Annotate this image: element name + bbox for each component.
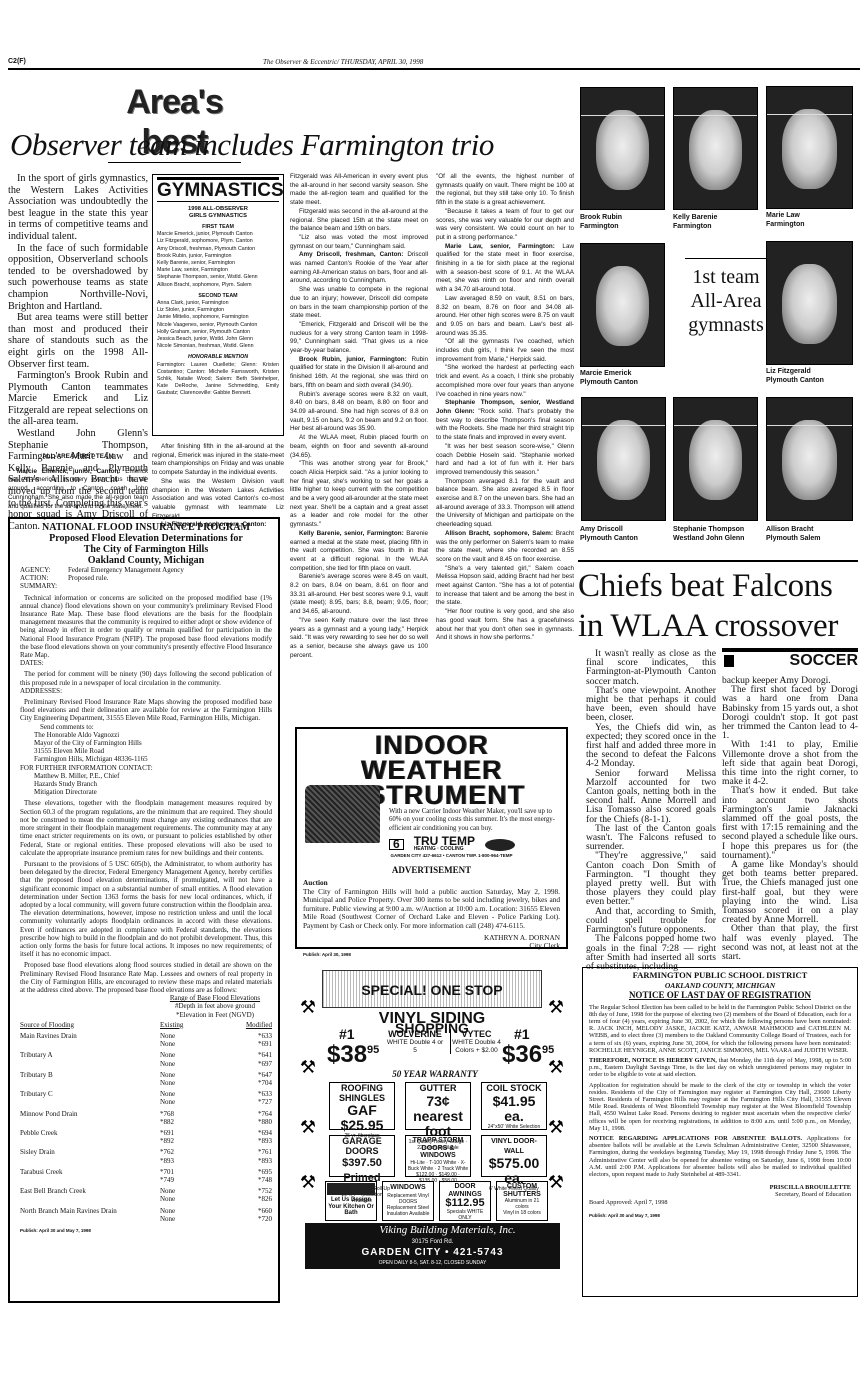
paragraph: "She's a very talented girl," Salem coac… <box>436 565 574 609</box>
paragraph: She was the Western Division vault champ… <box>152 478 284 522</box>
paragraph: NOTICE REGARDING APPLICATIONS FOR ABSENT… <box>589 1135 851 1178</box>
soccer-column-1: It wasn't really as close as the final s… <box>586 649 716 971</box>
paragraph: These elevations, together with the floo… <box>20 799 272 856</box>
page-number: C2(F) <box>8 58 26 65</box>
roster-item: Nicole Simonian, freshman, Wstld. Glenn <box>157 343 279 350</box>
table-row: East Bell Branch CreekNoneNone*752*826 <box>20 1184 272 1203</box>
first-team-callout: 1st teamAll-Areagymnasts <box>685 258 767 337</box>
paragraph: "Of all the events, the highest number o… <box>436 173 574 208</box>
send-to-address: The Honorable Aldo VagnozziMayor of the … <box>20 731 272 764</box>
paragraph: Brook Rubin, junior, Farmington: Rubin q… <box>290 356 428 391</box>
photo-kelly-barenie <box>673 87 758 210</box>
table-row: Tributary CNoneNone*633*727 <box>20 1087 272 1106</box>
player-lead: Marcie Emerick, junior, Canton: <box>17 468 120 475</box>
story-column-1-tail: ALL-AREA FIRST TEAM Marcie Emerick, juni… <box>8 453 148 511</box>
table-header-notes: Range of Base Flood Elevations #Depth in… <box>160 994 270 1019</box>
paragraph: Yes, the Chiefs did win, as expected; th… <box>586 723 716 769</box>
paragraph: In the face of such formidable oppositio… <box>8 243 148 313</box>
paragraph: "Of all the gymnasts I've coached, which… <box>436 338 574 364</box>
photo-allison-bracht <box>766 397 853 521</box>
soccer-column-2: backup keeper Amy Dorogi. The first shot… <box>722 676 858 961</box>
roster-item: Anna Clark, junior, Farmington <box>157 300 279 307</box>
company-name: Viking Building Materials, Inc. <box>305 1223 560 1238</box>
table-row: Tarabusi Creek*701*749*695*748 <box>20 1165 272 1184</box>
paragraph: "I've seen Kelly mature over the last th… <box>290 617 428 661</box>
photo-liz-fitzgerald <box>766 241 853 365</box>
addresses-label: ADDRESSES: <box>20 687 272 695</box>
photo-caption: Kelly BarenieFarmington <box>673 214 763 231</box>
summary-label: SUMMARY: <box>20 582 272 590</box>
dates-text: The period for comment will be ninety (9… <box>20 670 272 686</box>
roster-item: Allison Bracht, sophomore, Plym. Salem <box>157 282 279 289</box>
page-folio: C2(F) The Observer & Eccentric/ THURSDAY… <box>8 58 860 70</box>
table-row: Minnow Pond Drain*768*882*764*880 <box>20 1107 272 1126</box>
paragraph: Kelly Barenie, senior, Farmington: Baren… <box>290 530 428 574</box>
roster-item: Brook Rubin, junior, Farmington <box>157 253 279 260</box>
paragraph: Barenie's average scores were 8.45 on va… <box>290 573 428 617</box>
photo-brook-rubin <box>580 87 665 210</box>
product-tile: DOOR AWNINGS$112.95Specials WHITE ONLY <box>439 1181 491 1221</box>
send-comments-label: Send comments to: <box>20 723 272 731</box>
paragraph: "It was her best season score-wise," Gle… <box>436 443 574 478</box>
paragraph: Allison Bracht, sophomore, Salem: Bracht… <box>436 530 574 565</box>
second-team-list: Anna Clark, junior, Farmington Liz Stole… <box>157 300 279 350</box>
paragraph: Amy Driscoll, freshman, Canton: Driscoll… <box>290 251 428 286</box>
product-tile: GARAGE DOORS$397.50 PrimedEmbossed Panel… <box>329 1135 395 1177</box>
hammer-icon: ⚒ <box>299 1045 317 1090</box>
dates-label: DATES: <box>20 659 272 667</box>
paragraph: Law averaged 8.59 on vault, 8.51 on bars… <box>436 295 574 339</box>
honorable-mention-label: HONORABLE MENTION <box>157 354 279 361</box>
gymnastics-roster-box: GYMNASTICS 1998 ALL-OBSERVERGIRLS GYMNAS… <box>152 174 284 436</box>
roster-item: Nicole Vaagenes, senior, Plymouth Canton <box>157 322 279 329</box>
air-conditioner-image <box>305 785 380 843</box>
product-tile: GUTTER73¢ nearest foot1st Quality Heavy … <box>405 1082 471 1130</box>
story-column-3: Fitzgerald was All-American in every eve… <box>290 173 428 660</box>
board-approved: Board Approved: April 7, 1998 <box>589 1199 851 1206</box>
school-election-notice: FARMINGTON PUBLIC SCHOOL DISTRICT OAKLAN… <box>582 967 858 1297</box>
publish-date: Publish: April 30, 1998 <box>303 951 560 960</box>
paragraph: A game like Monday's should get both tea… <box>722 860 858 924</box>
ad-copy: With a new Carrier Indoor Weather Maker,… <box>389 808 560 833</box>
roster-item: Marie Law, senior, Farmington <box>157 267 279 274</box>
hammer-icon: ⚒ <box>299 1160 317 1205</box>
contact-label: FOR FURTHER INFORMATION CONTACT: <box>20 764 272 772</box>
notice-title: FARMINGTON PUBLIC SCHOOL DISTRICT <box>589 971 851 981</box>
main-headline: Observer team includes Farmington trio <box>10 128 570 162</box>
badge-six: 6 <box>389 839 404 850</box>
paragraph: Pursuant to the provisions of 5 USC 605(… <box>20 860 272 958</box>
photo-caption: Stephanie ThompsonWestland John Glenn <box>673 526 768 543</box>
photo-caption: Marie LawFarmington <box>766 212 856 229</box>
hammer-icon: ⚒ <box>547 985 565 1030</box>
agency-row: AGENCY:Federal Emergency Management Agen… <box>20 566 272 574</box>
paragraph: Senior forward Melissa Marzolf accounted… <box>586 769 716 824</box>
viking-advertisement: ⚒ ⚒ ⚒ ⚒ ⚒ ⚒ ⚒ ⚒ SPECIAL! ONE STOP SHOPPI… <box>295 965 567 1271</box>
paragraph: The last of the Canton goals wasn't. The… <box>586 824 716 852</box>
second-team-label: SECOND TEAM <box>157 293 279 300</box>
photo-caption: Allison BrachtPlymouth Salem <box>766 526 856 543</box>
masthead-dateline: The Observer & Eccentric/ THURSDAY, APRI… <box>263 58 423 66</box>
vytec-desc: VYTECWHITE Double 4 Colors + $2.00 <box>450 1029 502 1054</box>
paragraph: Marie Law, senior, Farmington: Law quali… <box>436 243 574 295</box>
paragraph: "Her floor routine is very good, and she… <box>436 608 574 643</box>
paragraph: At the WLAA meet, Rubin placed fourth on… <box>290 434 428 460</box>
table-row: Pebble Creek*691*892*694*893 <box>20 1126 272 1145</box>
notice-title: NATIONAL FLOOD INSURANCE PROGRAM Propose… <box>20 522 272 566</box>
roster-item: Jamie Mittelio, sophomore, Farmington <box>157 314 279 321</box>
left-price: #1$3895 <box>327 1027 379 1069</box>
company-phone: GARDEN CITY • 421-5743 <box>305 1246 560 1260</box>
soccer-section-flag: SOCCER <box>722 648 858 670</box>
story-column-4: "Of all the events, the highest number o… <box>436 173 574 643</box>
warranty-label: 50 YEAR WARRANTY <box>370 1069 500 1079</box>
paragraph: Farmington's Brook Rubin and Plymouth Ca… <box>8 370 148 428</box>
paragraph: She was unable to compete in the regiona… <box>290 286 428 321</box>
notice-heading: NOTICE OF LAST DAY OF REGISTRATION <box>589 990 851 1001</box>
photo-caption: Marcie EmerickPlymouth Canton <box>580 370 670 387</box>
summary-text: Technical information or concerns are so… <box>20 594 272 660</box>
publish-date: Publish: April 30 and May 7, 1998 <box>589 1212 851 1219</box>
photo-caption: Amy DriscollPlymouth Canton <box>580 526 670 543</box>
one-stop-banner: SPECIAL! ONE STOP SHOPPING <box>322 970 542 1008</box>
photo-stephanie-thompson <box>673 397 758 521</box>
table-row: Sisley Drain*762*893*761*893 <box>20 1145 272 1164</box>
photo-caption: Liz FitzgeraldPlymouth Canton <box>766 368 856 385</box>
table-row: Tributary ANoneNone*641*697 <box>20 1048 272 1067</box>
paragraph: But area teams were still better than mo… <box>8 312 148 370</box>
paragraph: That's one viewpoint. Another might be t… <box>586 686 716 723</box>
wolverine-desc: WOLVERINEWHITE Double 4 or 5 <box>385 1029 445 1054</box>
first-team-label: FIRST TEAM <box>157 224 279 231</box>
addresses-text: Preliminary Revised Flood Insurance Rate… <box>20 698 272 723</box>
paragraph: After finishing fifth in the all-around … <box>152 443 284 478</box>
viking-footer: Viking Building Materials, Inc. 30175 Fo… <box>305 1223 560 1269</box>
soccer-headline: Chiefs beat Falcons in WLAA crossover <box>578 560 858 646</box>
product-tile: ROOFING SHINGLESGAF $25.9525 yr. fibergl… <box>329 1082 395 1130</box>
ad-phone-numbers: GARDEN CITY 427-6612 • CANTON TWP. 1-800… <box>343 852 560 861</box>
roster-item: Stephanie Thompson, senior, Wstld. Glenn <box>157 274 279 281</box>
product-tile: COIL STOCK$41.95 ea.24"x50' White Select… <box>481 1082 547 1130</box>
paragraph: "Emerick, Fitzgerald and Driscoll will b… <box>290 321 428 356</box>
publish-date: Publish: April 30 and May 7, 1998 <box>20 1227 272 1235</box>
section-label: ADVERTISEMENT <box>303 866 560 875</box>
paragraph: And that, according to Smith, could spel… <box>586 907 716 935</box>
advertisement-box: INDOOR WEATHER INSTRUMENT With a new Car… <box>295 727 568 949</box>
roster-item: Marcie Emerick, junior, Plymouth Canton <box>157 231 279 238</box>
paragraph: "Because it takes a team of four to get … <box>436 208 574 243</box>
flag-block-icon <box>724 655 734 667</box>
roster-item: Kelly Barenie, senior, Farmington <box>157 260 279 267</box>
table-row: North Branch Main Ravines DrainNoneNone*… <box>20 1204 272 1223</box>
box-title: GYMNASTICS <box>157 181 279 202</box>
paragraph: Stephanie Thompson, senior, Westland Joh… <box>436 399 574 443</box>
paragraph: With 1:41 to play, Emilie Villemonte dro… <box>722 740 858 786</box>
product-tile: WINDOWSReplacement Vinyl DOORS Replaceme… <box>382 1181 434 1221</box>
tru-temp-logo: TRU TEMPHEATING · COOLING <box>414 837 475 852</box>
roster-item: Liz Stoler, junior, Farmington <box>157 307 279 314</box>
notice-county: OAKLAND COUNTY, MICHIGAN <box>589 981 851 990</box>
paragraph: "They're aggressive," said Canton coach … <box>586 851 716 906</box>
paragraph: The first shot faced by Dorogi was a har… <box>722 685 858 740</box>
table-row: Main Ravines DrainNoneNone*633*691 <box>20 1029 272 1048</box>
paragraph: Thompson averaged 8.1 for the vault and … <box>436 478 574 530</box>
secretary-signature: PRISCILLA BROUILLETTE Secretary, Board o… <box>589 1184 851 1198</box>
hammer-icon: ⚒ <box>299 985 317 1030</box>
paragraph: Application for registration should be m… <box>589 1082 851 1132</box>
hammer-icon: ⚒ <box>547 1160 565 1205</box>
box-subtitle: 1998 ALL-OBSERVERGIRLS GYMNASTICS <box>157 206 279 220</box>
paragraph: Fitzgerald was All-American in every eve… <box>290 173 428 208</box>
product-tile: TRAPP STORM DOORS & WINDOWSHi-Lite · T-1… <box>405 1135 471 1177</box>
paragraph: "She worked the hardest at perfecting ea… <box>436 364 574 399</box>
paragraph: Fitzgerald was second in the all-around … <box>290 208 428 234</box>
product-tile: CUSTOM SHUTTERSAluminum in 21 colorsViny… <box>496 1181 548 1221</box>
table-header-row: Source of Flooding Existing Modified <box>20 1021 272 1029</box>
flood-elevation-table: Source of Flooding Existing Modified Mai… <box>20 1021 272 1223</box>
vinyl-siding-headline: VINYL SIDING <box>322 1010 542 1028</box>
contact-info: Matthew B. Miller, P.E., ChiefHazards St… <box>20 772 272 797</box>
product-tile: Let Us Design Your Kitchen Or Bath <box>325 1181 377 1221</box>
honorable-mention-list: Farmington: Lauren Ouellette; Glenn: Kri… <box>157 362 279 398</box>
roster-item: Holly Graham, senior, Plymouth Canton <box>157 329 279 336</box>
paragraph: "This was another strong year for Brook,… <box>290 460 428 530</box>
hammer-icon: ⚒ <box>299 1105 317 1150</box>
paragraph: THEREFORE, NOTICE IS HEREBY GIVEN, that … <box>589 1057 851 1079</box>
roster-item: Amy Driscoll, freshman, Plymouth Canton <box>157 246 279 253</box>
carrier-logo-icon <box>485 839 515 851</box>
company-hours: OPEN DAILY 8-5, SAT. 8-12, CLOSED SUNDAY <box>305 1260 560 1267</box>
product-tile: VINYL DOOR-WALL$575.00 ea.6' White Fines… <box>481 1135 547 1177</box>
paragraph: It wasn't really as close as the final s… <box>586 649 716 686</box>
hammer-icon: ⚒ <box>547 1105 565 1150</box>
paragraph: The Regular School Election has been cal… <box>589 1004 851 1054</box>
company-address: 30175 Ford Rd. <box>305 1238 560 1246</box>
action-row: ACTION:Proposed rule. <box>20 574 272 582</box>
right-price: #1$3695 <box>502 1027 554 1069</box>
paragraph: Rubin's average scores were 8.32 on vaul… <box>290 391 428 435</box>
table-row: Tributary BNoneNone*647*704 <box>20 1068 272 1087</box>
kitchen-logo-icon <box>327 1183 375 1195</box>
paragraph: The Falcons popped home two goals in the… <box>586 934 716 971</box>
paragraph: Proposed base flood elevations along flo… <box>20 961 272 994</box>
ad-logos: 6 TRU TEMPHEATING · COOLING <box>389 837 560 852</box>
clerk-signature: KATHRYN A. DORNAN City Clerk <box>303 934 560 951</box>
first-team-list: Marcie Emerick, junior, Plymouth Canton … <box>157 231 279 289</box>
paragraph: Other than that play, the first half was… <box>722 924 858 961</box>
flood-notice: NATIONAL FLOOD INSURANCE PROGRAM Propose… <box>8 517 280 1303</box>
roster-item: Liz Fitzgerald, sophomore, Plym. Canton <box>157 238 279 245</box>
paragraph: In the sport of girls gymnastics, the We… <box>8 173 148 243</box>
photo-marie-law <box>766 86 853 209</box>
photo-caption: Brook RubinFarmington <box>580 214 670 231</box>
section-label: ALL-AREA FIRST TEAM <box>8 453 148 462</box>
paragraph: That's how it ended. But take into accou… <box>722 786 858 860</box>
photo-amy-driscoll <box>581 397 666 521</box>
photo-marcie-emerick <box>580 243 665 367</box>
paragraph: "Liz also was voted the most improved gy… <box>290 234 428 251</box>
roster-item: Jessica Beach, junior, Wstld. John Glenn <box>157 336 279 343</box>
auction-text: The City of Farmington Hills will hold a… <box>303 888 560 931</box>
